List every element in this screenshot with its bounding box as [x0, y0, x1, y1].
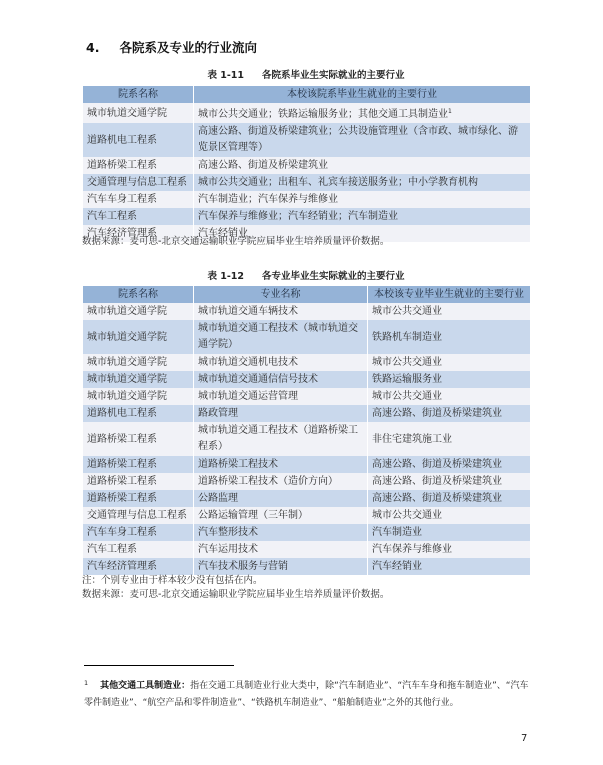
industry-cell: 汽车保养与维修业；汽车经销业；汽车制造业 — [194, 208, 531, 225]
table-row: 汽车车身工程系 汽车整形技术 汽车制造业 — [83, 524, 531, 541]
industry-cell: 汽车保养与维修业 — [368, 541, 531, 558]
table-major-industries: 院系名称 专业名称 本校该专业毕业生就业的主要行业 城市轨道交通学院 城市轨道交… — [82, 286, 531, 575]
footnote-term: 其他交通工具制造业： — [100, 681, 190, 691]
department-cell: 汽车工程系 — [83, 541, 194, 558]
department-cell: 道路桥梁工程系 — [83, 490, 194, 507]
table-row: 城市轨道交通学院 城市轨道交通车辆技术 城市公共交通业 — [83, 303, 531, 320]
major-cell: 汽车技术服务与营销 — [194, 558, 368, 575]
table-row: 道路机电工程系 路政管理 高速公路、街道及桥梁建筑业 — [83, 405, 531, 422]
department-cell: 汽车经济管理系 — [83, 558, 194, 575]
table2-caption-number: 表 1-12 — [207, 271, 244, 282]
table1-caption-number: 表 1-11 — [207, 70, 244, 81]
industry-cell: 汽车经销业 — [368, 558, 531, 575]
table-row: 汽车车身工程系 汽车制造业；汽车保养与维修业 — [83, 191, 531, 208]
table2-note: 注：个别专业由于样本较少没有包括在内。 — [82, 574, 263, 587]
department-cell: 道路机电工程系 — [83, 123, 194, 157]
industry-cell: 城市公共交通业 — [368, 303, 531, 320]
industry-text: 城市公共交通业；铁路运输服务业；其他交通工具制造业 — [198, 109, 448, 120]
department-cell: 交通管理与信息工程系 — [83, 507, 194, 524]
table-row: 城市轨道交通学院 城市公共交通业；铁路运输服务业；其他交通工具制造业1 — [83, 103, 531, 123]
table2-source: 数据来源：麦可思-北京交通运输职业学院应届毕业生培养质量评价数据。 — [82, 588, 389, 601]
table-row: 汽车工程系 汽车运用技术 汽车保养与维修业 — [83, 541, 531, 558]
major-cell: 汽车运用技术 — [194, 541, 368, 558]
table2-caption: 表 1-12各专业毕业生实际就业的主要行业 — [82, 268, 530, 282]
page-number: 7 — [521, 733, 527, 744]
table-row: 道路桥梁工程系 城市轨道交通工程技术（道路桥梁工程系） 非住宅建筑施工业 — [83, 422, 531, 456]
major-cell: 城市轨道交通工程技术（城市轨道交通学院） — [194, 320, 368, 354]
table-department-industries: 院系名称 本校该院系毕业生就业的主要行业 城市轨道交通学院 城市公共交通业；铁路… — [82, 86, 531, 242]
column-header: 本校该院系毕业生就业的主要行业 — [194, 86, 531, 103]
table-header-row: 院系名称 本校该院系毕业生就业的主要行业 — [83, 86, 531, 103]
major-cell: 汽车整形技术 — [194, 524, 368, 541]
major-cell: 公路监理 — [194, 490, 368, 507]
industry-cell: 铁路机车制造业 — [368, 320, 531, 354]
table-row: 道路机电工程系 高速公路、街道及桥梁建筑业；公共设施管理业（含市政、城市绿化、游… — [83, 123, 531, 157]
table-row: 城市轨道交通学院 城市轨道交通机电技术 城市公共交通业 — [83, 354, 531, 371]
industry-cell: 汽车制造业 — [368, 524, 531, 541]
industry-cell: 高速公路、街道及桥梁建筑业；公共设施管理业（含市政、城市绿化、游览景区管理等） — [194, 123, 531, 157]
department-cell: 道路桥梁工程系 — [83, 422, 194, 456]
footnote-ref[interactable]: 1 — [448, 108, 452, 115]
industry-cell: 城市公共交通业 — [368, 507, 531, 524]
industry-cell: 城市公共交通业；铁路运输服务业；其他交通工具制造业1 — [194, 103, 531, 123]
department-cell: 汽车车身工程系 — [83, 191, 194, 208]
footnote-divider — [84, 665, 234, 666]
table-row: 道路桥梁工程系 公路监理 高速公路、街道及桥梁建筑业 — [83, 490, 531, 507]
major-cell: 公路运输管理（三年制） — [194, 507, 368, 524]
table-row: 道路桥梁工程系 道路桥梁工程技术 高速公路、街道及桥梁建筑业 — [83, 456, 531, 473]
major-cell: 城市轨道交通工程技术（道路桥梁工程系） — [194, 422, 368, 456]
table-row: 汽车经济管理系 汽车技术服务与营销 汽车经销业 — [83, 558, 531, 575]
department-cell: 道路桥梁工程系 — [83, 473, 194, 490]
department-cell: 道路机电工程系 — [83, 405, 194, 422]
industry-cell: 城市公共交通业 — [368, 354, 531, 371]
industry-cell: 铁路运输服务业 — [368, 371, 531, 388]
department-cell: 汽车工程系 — [83, 208, 194, 225]
industry-cell: 高速公路、街道及桥梁建筑业 — [368, 473, 531, 490]
section-title: 各院系及专业的行业流向 — [119, 38, 257, 56]
industry-cell: 非住宅建筑施工业 — [368, 422, 531, 456]
major-cell: 路政管理 — [194, 405, 368, 422]
table1-caption: 表 1-11各院系毕业生实际就业的主要行业 — [82, 67, 530, 81]
table1-source: 数据来源：麦可思-北京交通运输职业学院应届毕业生培养质量评价数据。 — [82, 235, 389, 248]
table-row: 交通管理与信息工程系 城市公共交通业；出租车、礼宾车接送服务业；中小学教育机构 — [83, 174, 531, 191]
industry-cell: 高速公路、街道及桥梁建筑业 — [194, 157, 531, 174]
industry-cell: 高速公路、街道及桥梁建筑业 — [368, 490, 531, 507]
department-cell: 汽车车身工程系 — [83, 524, 194, 541]
table1-caption-title: 各院系毕业生实际就业的主要行业 — [262, 70, 405, 81]
major-cell: 道路桥梁工程技术（造价方向） — [194, 473, 368, 490]
footnote: 1其他交通工具制造业：指在交通工具制造业行业大类中，除“汽车制造业”、“汽车车身… — [84, 675, 534, 712]
major-cell: 城市轨道交通机电技术 — [194, 354, 368, 371]
department-cell: 交通管理与信息工程系 — [83, 174, 194, 191]
department-cell: 城市轨道交通学院 — [83, 354, 194, 371]
table-row: 汽车工程系 汽车保养与维修业；汽车经销业；汽车制造业 — [83, 208, 531, 225]
industry-cell: 城市公共交通业 — [368, 388, 531, 405]
department-cell: 城市轨道交通学院 — [83, 320, 194, 354]
document-page: 4. 各院系及专业的行业流向 表 1-11各院系毕业生实际就业的主要行业 院系名… — [0, 0, 603, 765]
industry-cell: 城市公共交通业；出租车、礼宾车接送服务业；中小学教育机构 — [194, 174, 531, 191]
footnote-mark: 1 — [84, 679, 88, 687]
department-cell: 城市轨道交通学院 — [83, 103, 194, 123]
table-row: 道路桥梁工程系 高速公路、街道及桥梁建筑业 — [83, 157, 531, 174]
industry-cell: 高速公路、街道及桥梁建筑业 — [368, 405, 531, 422]
table-row: 城市轨道交通学院 城市轨道交通工程技术（城市轨道交通学院） 铁路机车制造业 — [83, 320, 531, 354]
table-row: 城市轨道交通学院 城市轨道交通运营管理 城市公共交通业 — [83, 388, 531, 405]
major-cell: 城市轨道交通通信信号技术 — [194, 371, 368, 388]
section-heading: 4. 各院系及专业的行业流向 — [86, 38, 257, 56]
industry-cell: 高速公路、街道及桥梁建筑业 — [368, 456, 531, 473]
major-cell: 道路桥梁工程技术 — [194, 456, 368, 473]
table-row: 交通管理与信息工程系 公路运输管理（三年制） 城市公共交通业 — [83, 507, 531, 524]
major-cell: 城市轨道交通运营管理 — [194, 388, 368, 405]
section-number: 4. — [86, 40, 99, 55]
column-header: 专业名称 — [194, 286, 368, 303]
department-cell: 城市轨道交通学院 — [83, 371, 194, 388]
department-cell: 城市轨道交通学院 — [83, 303, 194, 320]
table-row: 道路桥梁工程系 道路桥梁工程技术（造价方向） 高速公路、街道及桥梁建筑业 — [83, 473, 531, 490]
table-row: 城市轨道交通学院 城市轨道交通通信信号技术 铁路运输服务业 — [83, 371, 531, 388]
major-cell: 城市轨道交通车辆技术 — [194, 303, 368, 320]
industry-cell: 汽车制造业；汽车保养与维修业 — [194, 191, 531, 208]
department-cell: 道路桥梁工程系 — [83, 456, 194, 473]
department-cell: 道路桥梁工程系 — [83, 157, 194, 174]
department-cell: 城市轨道交通学院 — [83, 388, 194, 405]
column-header: 院系名称 — [83, 86, 194, 103]
column-header: 本校该专业毕业生就业的主要行业 — [368, 286, 531, 303]
table2-caption-title: 各专业毕业生实际就业的主要行业 — [262, 271, 405, 282]
table-header-row: 院系名称 专业名称 本校该专业毕业生就业的主要行业 — [83, 286, 531, 303]
column-header: 院系名称 — [83, 286, 194, 303]
